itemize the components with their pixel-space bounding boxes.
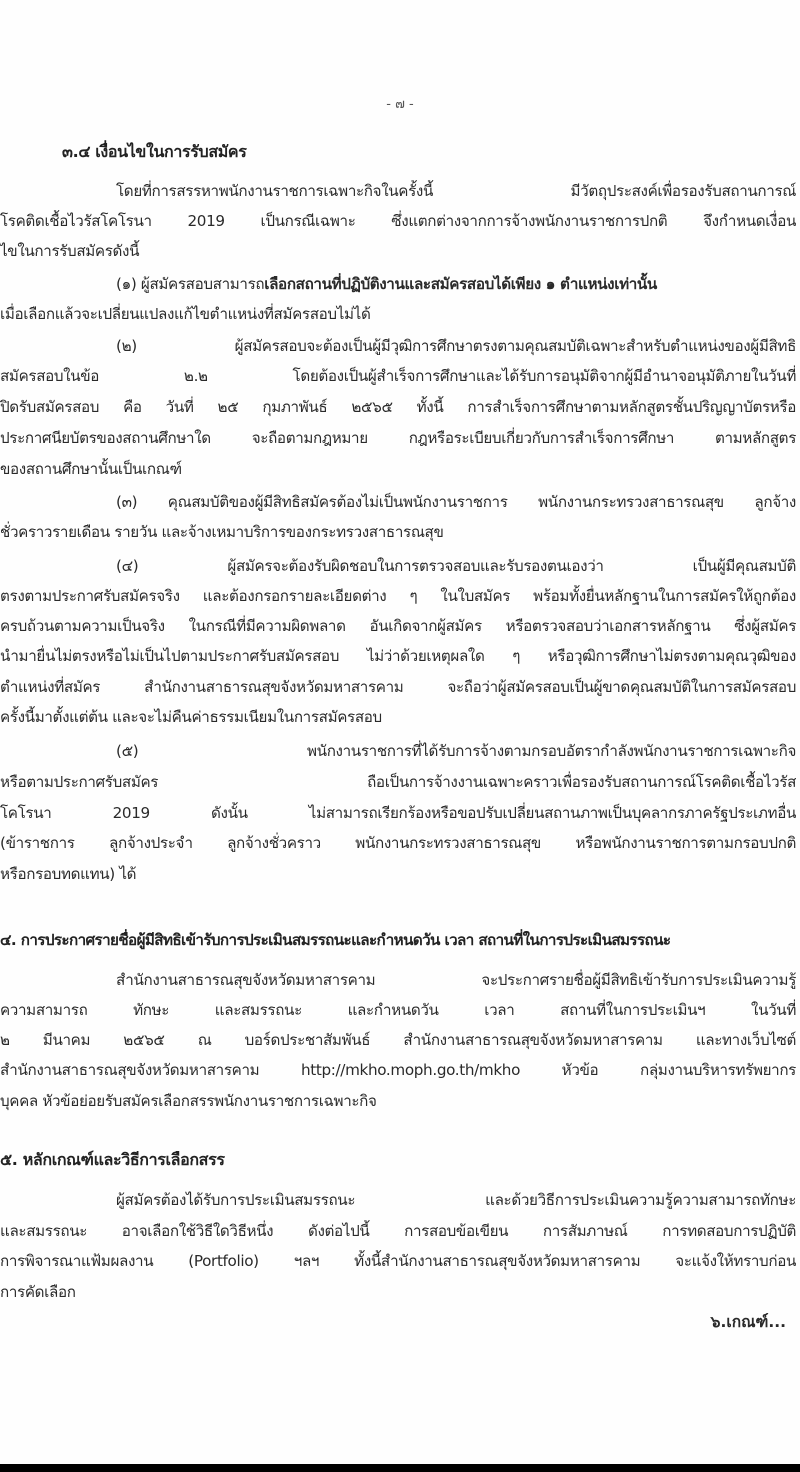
item-1: (๑) ผู้สมัครสอบสามารถเลือกสถานที่ปฏิบัติ… — [0, 270, 796, 298]
paragraph-line: นำมายื่นไม่ตรงหรือไม่เป็นไปตามประกาศรับส… — [0, 642, 796, 670]
document-page: - ๗ - ๓.๔ เงื่อนไขในการรับสมัคร โดยที่กา… — [0, 0, 800, 1464]
paragraph-line: (๔) ผู้สมัครจะต้องรับผิดชอบในการตรวจสอบแ… — [0, 552, 796, 580]
paragraph-line: ปิดรับสมัครสอบ คือ วันที่ ๒๕ กุมภาพันธ์ … — [0, 393, 796, 421]
paragraph-line: ตรงตามประกาศรับสมัครจริง และต้องกรอกรายล… — [0, 582, 796, 610]
paragraph-line: เมื่อเลือกแล้วจะเปลี่ยนแปลงแก้ไขตำแหน่งท… — [0, 300, 796, 328]
paragraph-line: โดยที่การสรรหาพนักงานราชการเฉพาะกิจในครั… — [0, 177, 796, 205]
page-number: - ๗ - — [0, 93, 800, 114]
section-3-4-heading: ๓.๔ เงื่อนไขในการรับสมัคร — [62, 138, 800, 166]
paragraph-line: (๓) คุณสมบัติของผู้มีสิทธิสมัครต้องไม่เป… — [0, 488, 796, 516]
paragraph-line: ๒ มีนาคม ๒๕๖๕ ณ บอร์ดประชาสัมพันธ์ สำนัก… — [0, 1026, 796, 1054]
paragraph-line: โรคติดเชื้อไวรัสโคโรนา 2019 เป็นกรณีเฉพา… — [0, 207, 796, 235]
paragraph-line: ไขในการรับสมัครดังนี้ — [0, 237, 796, 265]
paragraph-line: สำนักงานสาธารณสุขจังหวัดมหาสารคาม จะประก… — [0, 966, 796, 994]
paragraph-line: บุคคล หัวข้อย่อยรับสมัครเลือกสรรพนักงานร… — [0, 1087, 796, 1115]
paragraph-line: ครั้งนี้มาตั้งแต่ต้น และจะไม่คืนค่าธรรมเ… — [0, 703, 796, 731]
paragraph-line: สมัครสอบในข้อ ๒.๒ โดยต้องเป็นผู้สำเร็จกา… — [0, 362, 796, 390]
paragraph-line: และสมรรถนะ อาจเลือกใช้วิธีใดวิธีหนึ่ง ดั… — [0, 1217, 796, 1245]
paragraph-line: สำนักงานสาธารณสุขจังหวัดมหาสารคาม http:/… — [0, 1056, 796, 1084]
paragraph-line: ตำแหน่งที่สมัคร สำนักงานสาธารณสุขจังหวัด… — [0, 673, 796, 701]
paragraph-line: ครบถ้วนตามความเป็นจริง ในกรณีที่มีความผิ… — [0, 612, 796, 640]
bottom-black-bar — [0, 1464, 800, 1472]
paragraph-line: การพิจารณาแฟ้มผลงาน (Portfolio) ฯลฯ ทั้ง… — [0, 1247, 796, 1275]
item-1-prefix: (๑) ผู้สมัครสอบสามารถ — [116, 275, 264, 293]
paragraph-line: หรือกรอบทดแทน) ได้ — [0, 860, 796, 888]
paragraph-line: ผู้สมัครต้องได้รับการประเมินสมรรถนะ และด… — [0, 1186, 796, 1214]
paragraph-line: (๕) พนักงานราชการที่ได้รับการจ้างตามกรอบ… — [0, 737, 796, 765]
paragraph-line: โคโรนา 2019 ดังนั้น ไม่สามารถเรียกร้องหร… — [0, 799, 796, 827]
item-1-bold: เลือกสถานที่ปฏิบัติงานและสมัครสอบได้เพีย… — [264, 275, 657, 293]
paragraph-line: (ข้าราชการ ลูกจ้างประจำ ลูกจ้างชั่วคราว … — [0, 829, 796, 857]
paragraph-line: หรือตามประกาศรับสมัคร ถือเป็นการจ้างงานเ… — [0, 768, 796, 796]
paragraph-line: ชั่วคราวรายเดือน รายวัน และจ้างเหมาบริกา… — [0, 518, 796, 546]
section-5-heading: ๕. หลักเกณฑ์และวิธีการเลือกสรร — [0, 1146, 796, 1174]
continuation-marker: ๖.เกณฑ์... — [711, 1308, 786, 1336]
section-4-heading: ๔. การประกาศรายชื่อผู้มีสิทธิเข้ารับการป… — [0, 926, 800, 954]
paragraph-line: การคัดเลือก — [0, 1278, 796, 1306]
paragraph-line: ของสถานศึกษานั้นเป็นเกณฑ์ — [0, 455, 796, 483]
paragraph-line: (๒) ผู้สมัครสอบจะต้องเป็นผู้มีวุฒิการศึก… — [0, 332, 796, 360]
paragraph-line: ความสามารถ ทักษะ และสมรรถนะ และกำหนดวัน … — [0, 996, 796, 1024]
paragraph-line: ประกาศนียบัตรของสถานศึกษาใด จะถือตามกฎหม… — [0, 424, 796, 452]
